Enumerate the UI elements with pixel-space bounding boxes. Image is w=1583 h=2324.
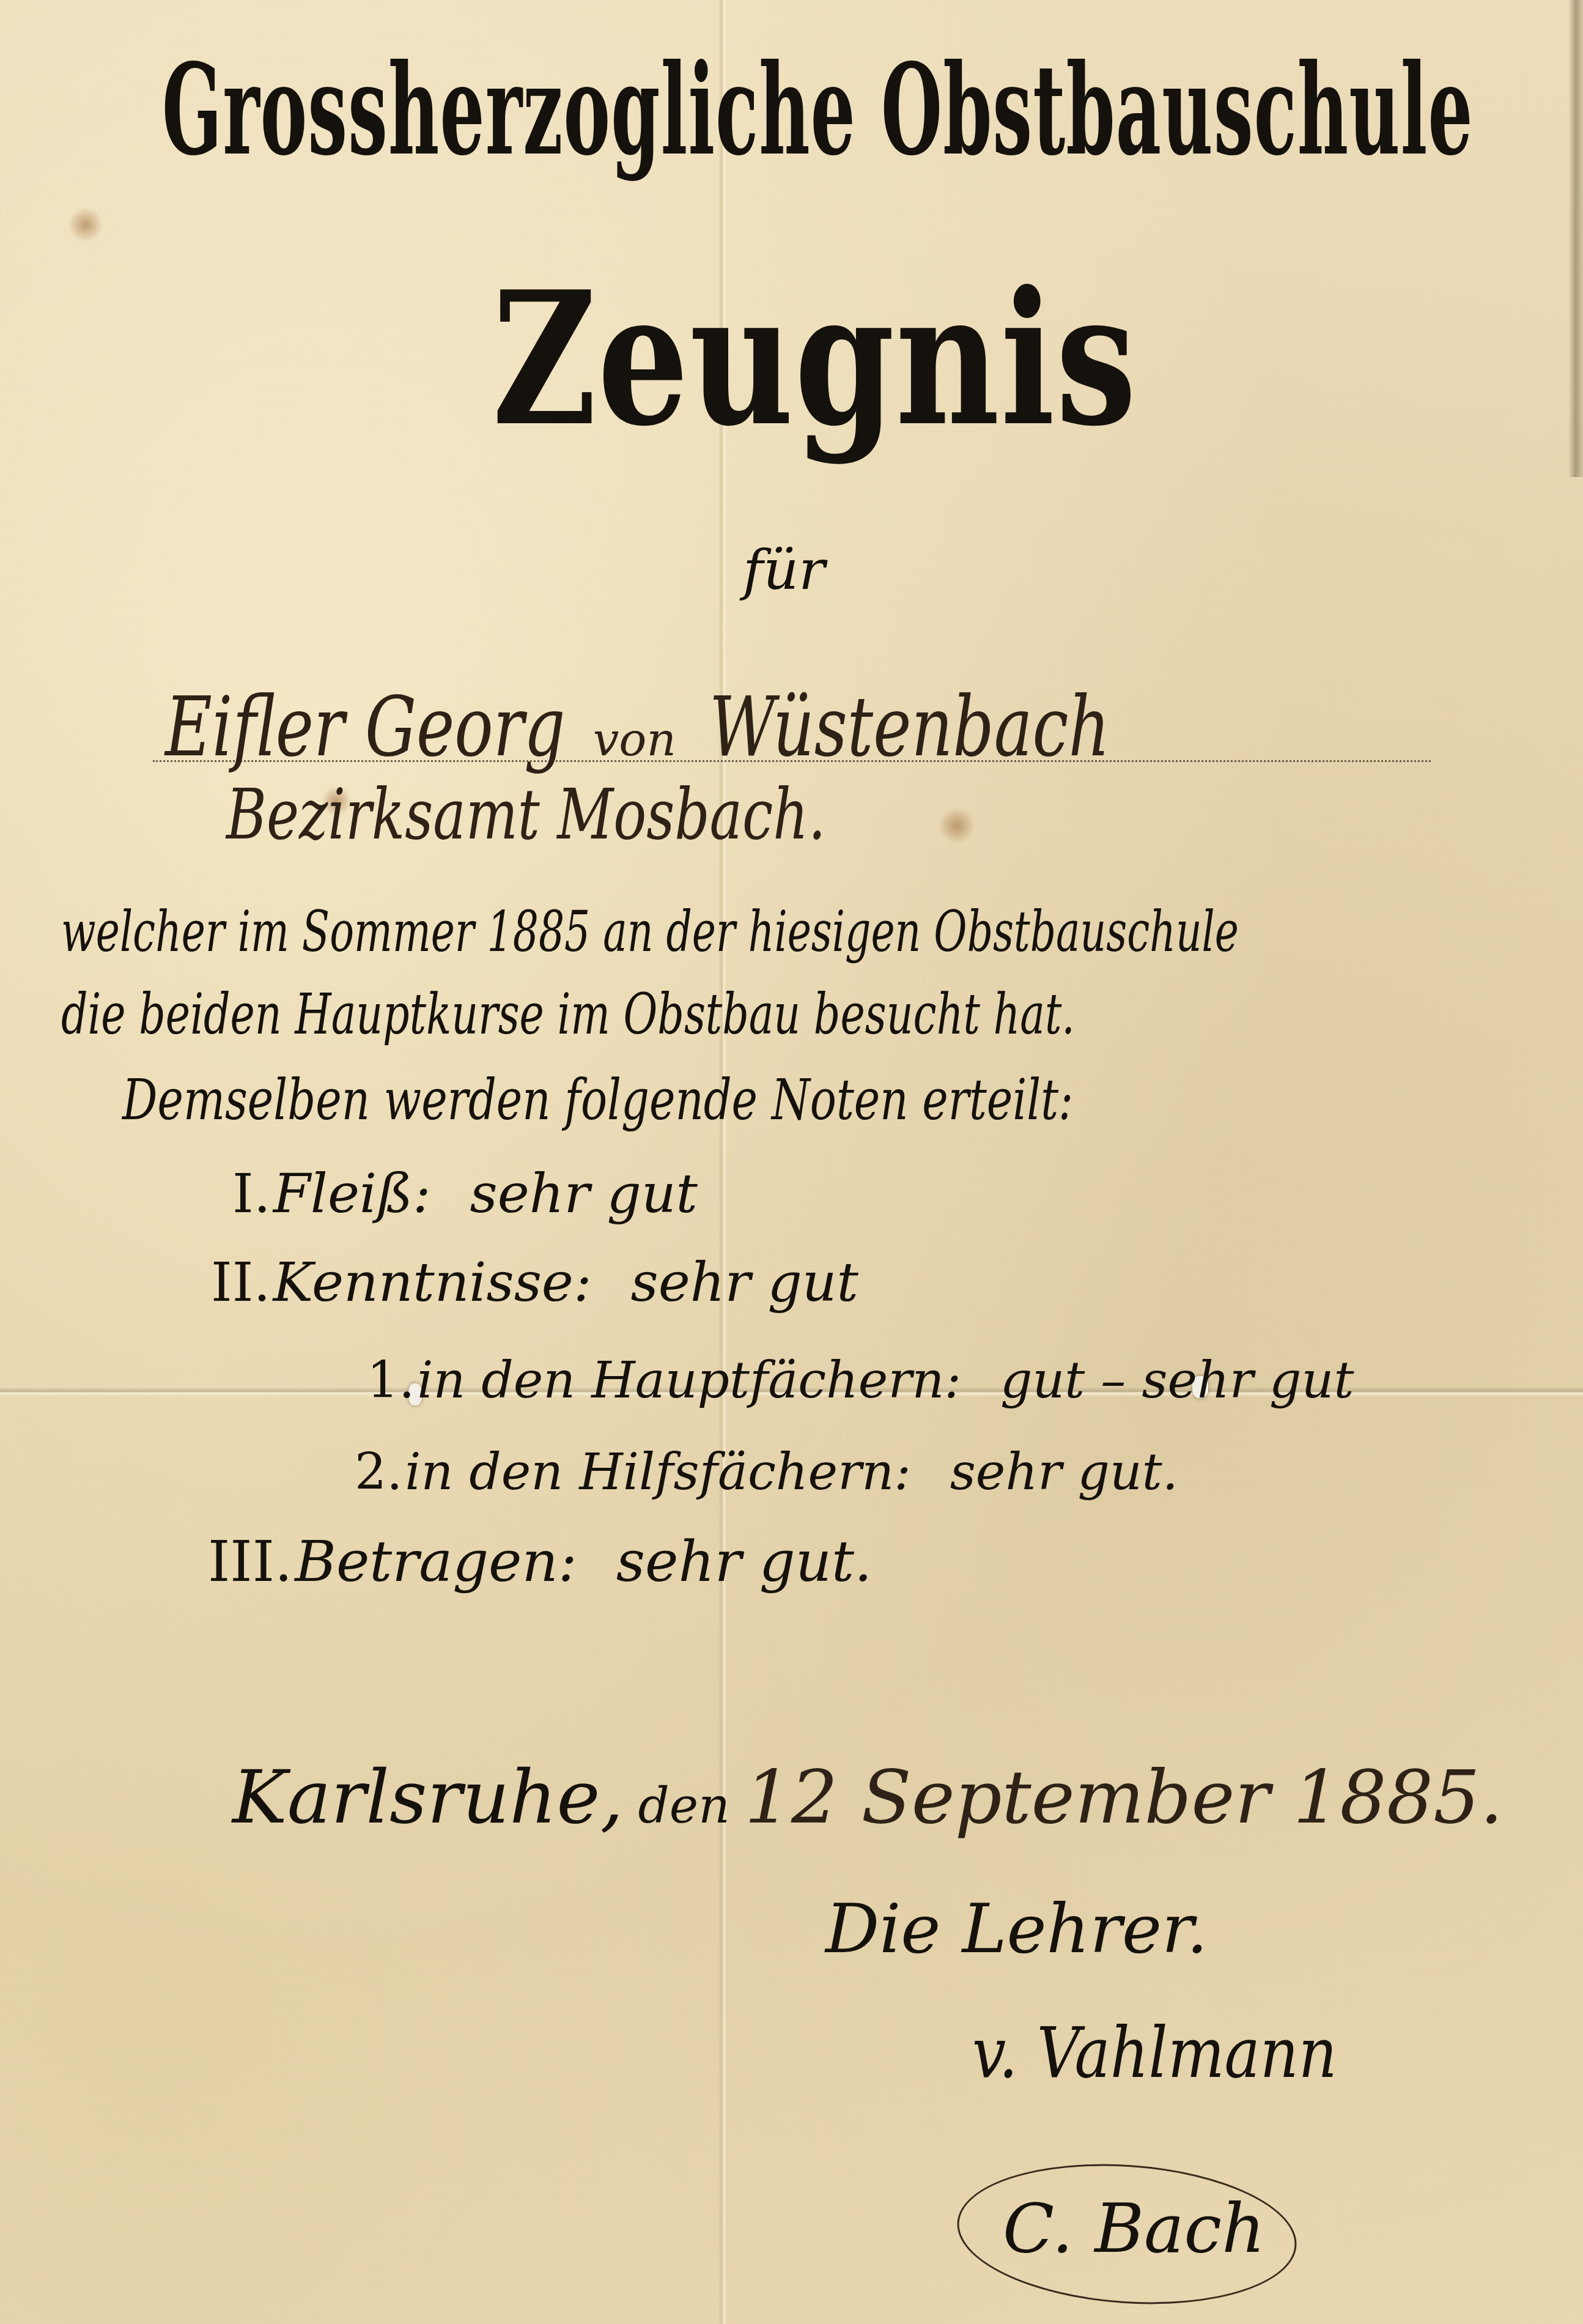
grade-row-main-subjects: 1. in den Hauptfächern: gut – sehr gut xyxy=(367,1352,1354,1410)
grade-subject: Betragen: xyxy=(295,1529,577,1594)
grade-subject: Fleiß: xyxy=(273,1162,431,1225)
grade-row-knowledge: II. Kenntnisse: sehr gut xyxy=(211,1251,858,1314)
grade-subject: Kenntnisse: xyxy=(273,1251,592,1314)
den-label: den xyxy=(638,1777,730,1834)
grade-value: sehr gut xyxy=(470,1162,698,1225)
place: Karlsruhe, xyxy=(232,1755,624,1840)
date: 12 September 1885. xyxy=(745,1755,1504,1840)
grade-row-auxiliary-subjects: 2. in den Hilfsfächern: sehr gut. xyxy=(355,1443,1178,1501)
recipient-name: Eifler Georg xyxy=(165,679,565,775)
teacher-signature-2: C. Bach xyxy=(1003,2189,1265,2268)
grade-row-diligence: I. Fleiß: sehr gut xyxy=(232,1162,698,1225)
grade-numeral: 1. xyxy=(367,1352,415,1410)
grade-numeral: III. xyxy=(208,1529,292,1594)
grade-value: gut – sehr gut xyxy=(1000,1352,1354,1410)
grade-numeral: II. xyxy=(211,1251,271,1314)
teachers-label: Die Lehrer. xyxy=(825,1890,1208,1968)
for-label: für xyxy=(743,538,825,602)
paper-stain xyxy=(67,208,104,242)
institution-heading: Grossherzogliche Obstbauschule xyxy=(162,37,1474,183)
grade-value: sehr gut xyxy=(631,1251,858,1314)
body-line-2: die beiden Hauptkurse im Obstbau besucht… xyxy=(61,982,1075,1047)
from-label: von xyxy=(593,712,676,766)
grade-subject: in den Hauptfächern: xyxy=(417,1352,961,1410)
recipient-district: Bezirksamt Mosbach. xyxy=(226,774,826,856)
certificate-title: Zeugnis xyxy=(492,251,1137,467)
teacher-signature-1: v. Vahlmann xyxy=(972,2012,1337,2094)
grade-value: sehr gut. xyxy=(950,1443,1178,1501)
grade-numeral: 2. xyxy=(355,1443,402,1501)
recipient-hometown: Wüstenbach xyxy=(709,679,1110,775)
grade-numeral: I. xyxy=(232,1162,271,1225)
grade-row-conduct: III. Betragen: sehr gut. xyxy=(208,1529,872,1594)
paper-edge-shadow xyxy=(1568,0,1583,477)
grade-subject: in den Hilfsfächern: xyxy=(405,1443,911,1501)
grade-value: sehr gut. xyxy=(616,1529,873,1594)
body-line-3: Demselben werden folgende Noten erteilt: xyxy=(122,1067,1073,1133)
paper-stain xyxy=(939,807,975,844)
body-line-1: welcher im Sommer 1885 an der hiesigen O… xyxy=(61,899,1239,964)
place-date-line: Karlsruhe, den 12 September 1885. xyxy=(232,1755,1503,1840)
